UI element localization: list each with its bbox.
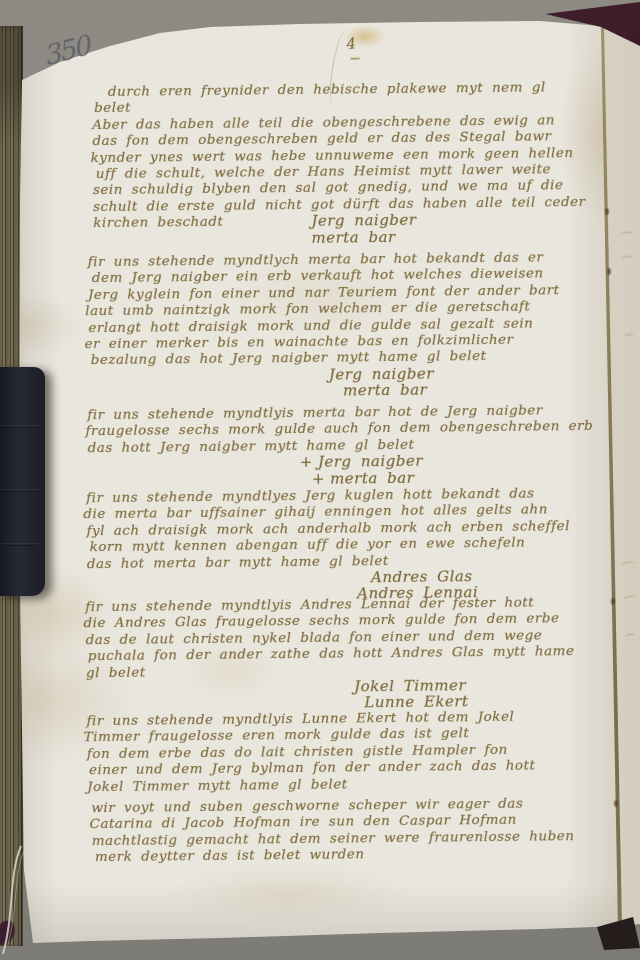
signature-row: + merta bar xyxy=(312,468,594,487)
closing-phrase: kirchen beschadt xyxy=(93,214,223,231)
register-entry: wir voyt und suben geschworne scheper wi… xyxy=(91,795,574,866)
manuscript-line: merk deytter das ist belet wurden xyxy=(95,845,575,866)
register-entry: fir uns stehende myndtlych merta bar hot… xyxy=(88,249,561,401)
signature: Lunne Ekert xyxy=(364,693,575,711)
register-entry: fir uns stehende myndtlyis merta bar hot… xyxy=(87,402,594,489)
signature: merta bar xyxy=(330,470,414,487)
signature: merta bar xyxy=(311,227,586,246)
page-number: 4 xyxy=(346,34,357,53)
register-entry: fir uns stehende myndtlyis Andres Lennai… xyxy=(85,594,575,714)
signature: Jerg naigber xyxy=(318,453,423,470)
page-number-flourish xyxy=(351,58,360,60)
manuscript-photo: 350 4 durch eren freynider den hebische … xyxy=(0,0,640,960)
handwritten-text-layer: 350 4 durch eren freynider den hebische … xyxy=(0,0,640,960)
register-entry: fir uns stehende myndtlyis Lunne Ekert h… xyxy=(86,709,535,796)
signature: Jerg naigber xyxy=(311,212,416,229)
signature-row: + Jerg naigber xyxy=(300,452,594,471)
register-entry: fir uns stehende myndtlyes Jerg kuglen h… xyxy=(86,485,571,605)
register-entry: durch eren freynider den hebische plakew… xyxy=(92,79,586,248)
signature: merta bar xyxy=(343,381,561,399)
witness-mark: + xyxy=(312,471,325,487)
folio-number-pencil: 350 xyxy=(44,30,93,72)
signature: Jerg naigber xyxy=(329,364,561,382)
witness-mark: + xyxy=(300,454,313,470)
